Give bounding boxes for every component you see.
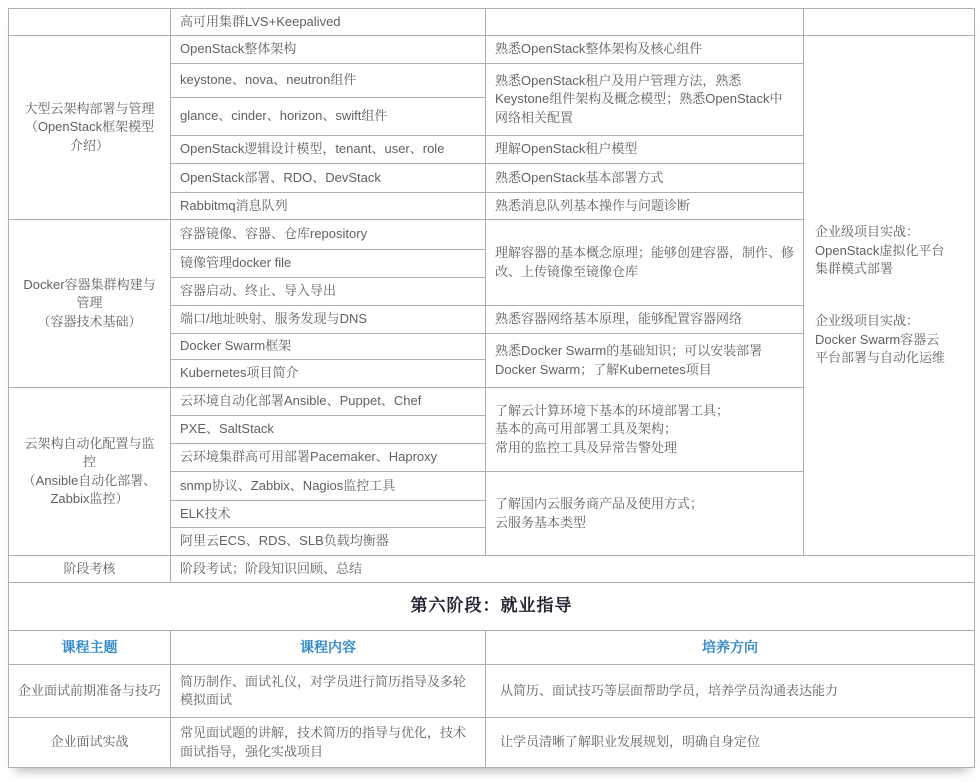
topic-cell-empty xyxy=(9,9,171,36)
stage-title: 第六阶段：就业指导 xyxy=(9,583,975,631)
table-row: 大型云架构部署与管理 （OpenStack框架模型 介绍） OpenStack整… xyxy=(9,36,975,64)
content-cell: OpenStack逻辑设计模型，tenant、user、role xyxy=(171,136,486,164)
direction-cell: 了解云计算环境下基本的环境部署工具； 基本的高可用部署工具及架构； 常用的监控工… xyxy=(486,388,804,472)
content-cell: 端口/地址映射、服务发现与DNS xyxy=(171,306,486,334)
content-cell: 容器启动、终止、导入导出 xyxy=(171,278,486,306)
direction-cell: 理解容器的基本概念原理；能够创建容器，制作、修改、上传镜像至镜像仓库 xyxy=(486,220,804,306)
content-cell: 常见面试题的讲解，技术简历的指导与优化，技术面试指导，强化实战项目 xyxy=(171,718,486,768)
content-cell: PXE、SaltStack xyxy=(171,416,486,444)
column-header-row: 课程主题 课程内容 培养方向 xyxy=(9,631,975,665)
direction-cell-empty xyxy=(486,9,804,36)
content-cell: glance、cinder、horizon、swift组件 xyxy=(171,98,486,136)
content-cell: ELK技术 xyxy=(171,501,486,528)
topic-cell-docker: Docker容器集群构建与 管理 （容器技术基础） xyxy=(9,220,171,388)
direction-cell: 熟悉OpenStack租户及用户管理方法，熟悉Keystone组件架构及概念模型… xyxy=(486,64,804,136)
direction-cell: 熟悉OpenStack整体架构及核心组件 xyxy=(486,36,804,64)
content-cell: snmp协议、Zabbix、Nagios监控工具 xyxy=(171,472,486,501)
curriculum-table: 高可用集群LVS+Keepalived 大型云架构部署与管理 （OpenStac… xyxy=(8,8,975,768)
assessment-content-cell: 阶段考试；阶段知识回顾、总结 xyxy=(171,556,975,583)
content-cell: 阿里云ECS、RDS、SLB负载均衡器 xyxy=(171,528,486,556)
direction-cell: 熟悉OpenStack基本部署方式 xyxy=(486,164,804,193)
topic-cell-interview-prep: 企业面试前期准备与技巧 xyxy=(9,665,171,718)
project-item: 企业级项目实战： OpenStack虚拟化平台 集群模式部署 xyxy=(815,223,963,278)
content-cell: 简历制作、面试礼仪，对学员进行简历指导及多轮模拟面试 xyxy=(171,665,486,718)
project-cell: 企业级项目实战： OpenStack虚拟化平台 集群模式部署 企业级项目实战： … xyxy=(804,36,975,556)
stage-banner-row: 第六阶段：就业指导 xyxy=(9,583,975,631)
content-cell: 镜像管理docker file xyxy=(171,250,486,278)
content-cell: 高可用集群LVS+Keepalived xyxy=(171,9,486,36)
direction-cell: 熟悉容器网络基本原理，能够配置容器网络 xyxy=(486,306,804,334)
direction-cell: 熟悉消息队列基本操作与问题诊断 xyxy=(486,193,804,220)
direction-cell: 理解OpenStack租户模型 xyxy=(486,136,804,164)
content-cell: 云环境自动化部署Ansible、Puppet、Chef xyxy=(171,388,486,416)
column-header-direction: 培养方向 xyxy=(486,631,975,665)
direction-cell: 让学员清晰了解职业发展规划，明确自身定位 xyxy=(486,718,975,768)
content-cell: Docker Swarm框架 xyxy=(171,334,486,360)
content-cell: Rabbitmq消息队列 xyxy=(171,193,486,220)
direction-cell: 从简历、面试技巧等层面帮助学员，培养学员沟通表达能力 xyxy=(486,665,975,718)
assessment-topic-cell: 阶段考核 xyxy=(9,556,171,583)
content-cell: OpenStack部署、RDO、DevStack xyxy=(171,164,486,193)
project-item: 企业级项目实战： Docker Swarm容器云 平台部署与自动化运维 xyxy=(815,312,963,367)
table-row: 企业面试前期准备与技巧 简历制作、面试礼仪，对学员进行简历指导及多轮模拟面试 从… xyxy=(9,665,975,718)
topic-cell-openstack: 大型云架构部署与管理 （OpenStack框架模型 介绍） xyxy=(9,36,171,220)
content-cell: 容器镜像、容器、仓库repository xyxy=(171,220,486,250)
content-cell: Kubernetes项目简介 xyxy=(171,360,486,388)
table-row: 高可用集群LVS+Keepalived xyxy=(9,9,975,36)
curriculum-page: 高可用集群LVS+Keepalived 大型云架构部署与管理 （OpenStac… xyxy=(0,0,980,782)
table-row: 企业面试实战 常见面试题的讲解，技术简历的指导与优化，技术面试指导，强化实战项目… xyxy=(9,718,975,768)
topic-cell-interview-practice: 企业面试实战 xyxy=(9,718,171,768)
column-header-content: 课程内容 xyxy=(171,631,486,665)
table-row: 阶段考核 阶段考试；阶段知识回顾、总结 xyxy=(9,556,975,583)
topic-cell-automation: 云架构自动化配置与监 控 （Ansible自动化部署、 Zabbix监控） xyxy=(9,388,171,556)
content-cell: OpenStack整体架构 xyxy=(171,36,486,64)
direction-cell: 了解国内云服务商产品及使用方式； 云服务基本类型 xyxy=(486,472,804,556)
column-header-topic: 课程主题 xyxy=(9,631,171,665)
content-cell: 云环境集群高可用部署Pacemaker、Haproxy xyxy=(171,444,486,472)
direction-cell: 熟悉Docker Swarm的基础知识；可以安装部署Docker Swarm；了… xyxy=(486,334,804,388)
content-cell: keystone、nova、neutron组件 xyxy=(171,64,486,98)
project-cell-empty xyxy=(804,9,975,36)
